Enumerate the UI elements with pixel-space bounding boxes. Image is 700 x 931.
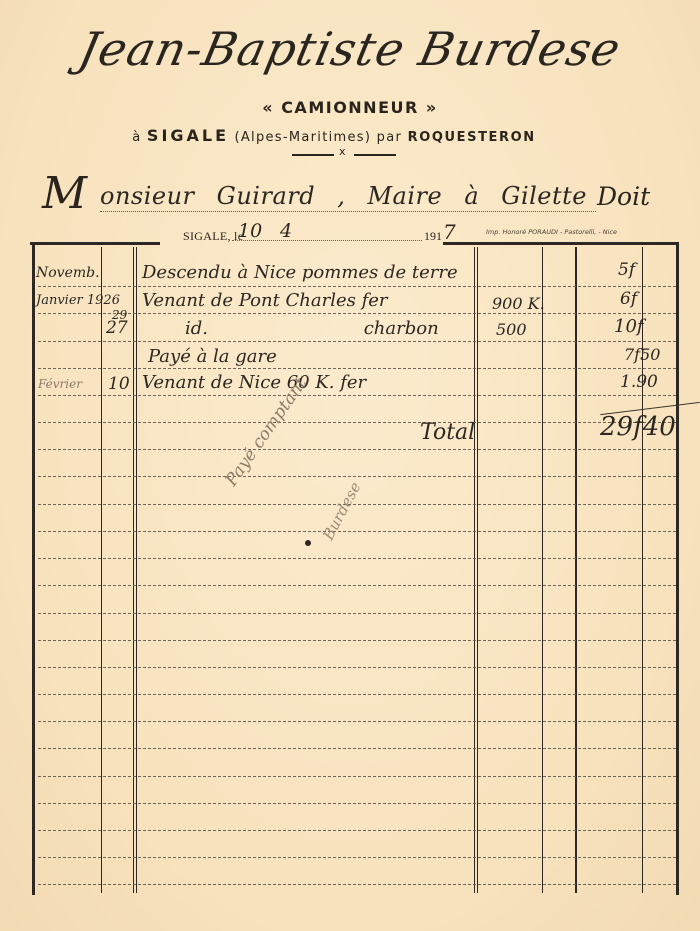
printer-credit: Imp. Honoré PORAUDI - Pastorelli, - Nice <box>486 228 617 236</box>
date-year-suffix: 7 <box>443 220 456 244</box>
column-divider <box>542 247 543 893</box>
row-4-description: Payé à la gare <box>148 346 277 367</box>
column-divider <box>101 247 102 893</box>
date-dotted-rule <box>232 240 422 241</box>
table-rule <box>38 422 676 423</box>
table-rule <box>38 504 676 505</box>
column-divider <box>642 247 643 893</box>
letterhead-separator: x <box>292 147 402 161</box>
table-rule <box>38 476 676 477</box>
row-3-amount: 10f <box>614 316 644 337</box>
table-rule <box>38 721 676 722</box>
table-rule <box>38 640 676 641</box>
row-5-month: Février <box>38 377 82 391</box>
table-rule <box>38 857 676 858</box>
total-label: Total <box>420 420 475 445</box>
table-rule <box>38 286 676 287</box>
address-via-prefix: par <box>377 130 402 145</box>
column-divider <box>474 247 475 893</box>
table-rule <box>38 667 676 668</box>
row-2-amount: 6f <box>620 289 637 309</box>
table-top-rule <box>443 242 679 245</box>
table-rule <box>38 830 676 831</box>
signature: Burdese <box>319 479 364 543</box>
row-1-month: Novemb. <box>36 265 100 281</box>
row-5-description: Venant de Nice 60 K. fer <box>142 372 366 393</box>
date-place-label: SIGALE, le <box>183 229 243 244</box>
addressee-initial: M <box>42 168 87 219</box>
total-value: 29f40 <box>600 412 676 442</box>
addressee-rule <box>100 211 596 212</box>
column-divider <box>136 247 137 893</box>
row-3-weight: 500 <box>496 320 527 339</box>
table-rule <box>38 531 676 532</box>
letterhead-trade: « CAMIONNEUR » <box>0 98 700 117</box>
row-5-day: 10 <box>108 374 130 394</box>
table-rule <box>38 748 676 749</box>
column-divider <box>477 247 478 893</box>
table-rule <box>38 395 676 396</box>
row-1-description: Descendu à Nice pommes de terre <box>142 262 458 283</box>
table-rule <box>38 341 676 342</box>
letterhead-address: à SIGALE (Alpes-Maritimes) par ROQUESTER… <box>0 126 668 145</box>
date-year-prefix: 191 <box>424 229 442 244</box>
table-rule <box>38 694 676 695</box>
table-top-rule <box>30 242 160 245</box>
row-2-weight: 900 K. <box>492 294 545 313</box>
row-3-description: id. charbon <box>185 318 439 339</box>
table-rule <box>38 368 676 369</box>
table-rule <box>38 558 676 559</box>
table-rule <box>38 884 676 885</box>
address-town: SIGALE <box>147 126 229 145</box>
table-border-right <box>676 243 679 895</box>
addressee-text: onsieur Guirard , Maire à Gilette <box>100 182 587 210</box>
row-4-amount: 7f50 <box>624 345 660 364</box>
row-2-description: Venant de Pont Charles fer <box>142 290 388 311</box>
table-rule <box>38 803 676 804</box>
address-prefix: à <box>132 130 141 145</box>
row-3-day: 27 <box>106 318 128 338</box>
ink-blot <box>305 540 311 546</box>
date-month: 4 <box>280 220 292 242</box>
address-region: (Alpes-Maritimes) <box>234 130 371 145</box>
date-day: 10 <box>238 220 262 242</box>
table-border-left <box>32 243 35 895</box>
column-divider <box>575 247 577 893</box>
row-1-amount: 5f <box>618 260 635 280</box>
table-rule <box>38 585 676 586</box>
table-rule <box>38 776 676 777</box>
table-rule <box>38 449 676 450</box>
address-via: ROQUESTERON <box>408 130 536 145</box>
column-divider <box>133 247 134 893</box>
table-rule <box>38 613 676 614</box>
addressee-doit: Doit <box>597 182 650 211</box>
row-5-amount: 1.90 <box>620 372 658 392</box>
table-rule <box>38 313 676 314</box>
separator-x: x <box>339 145 346 158</box>
row-2-month: Janvier 1926 <box>36 293 120 308</box>
letterhead-name: Jean-Baptiste Burdese <box>0 22 700 76</box>
